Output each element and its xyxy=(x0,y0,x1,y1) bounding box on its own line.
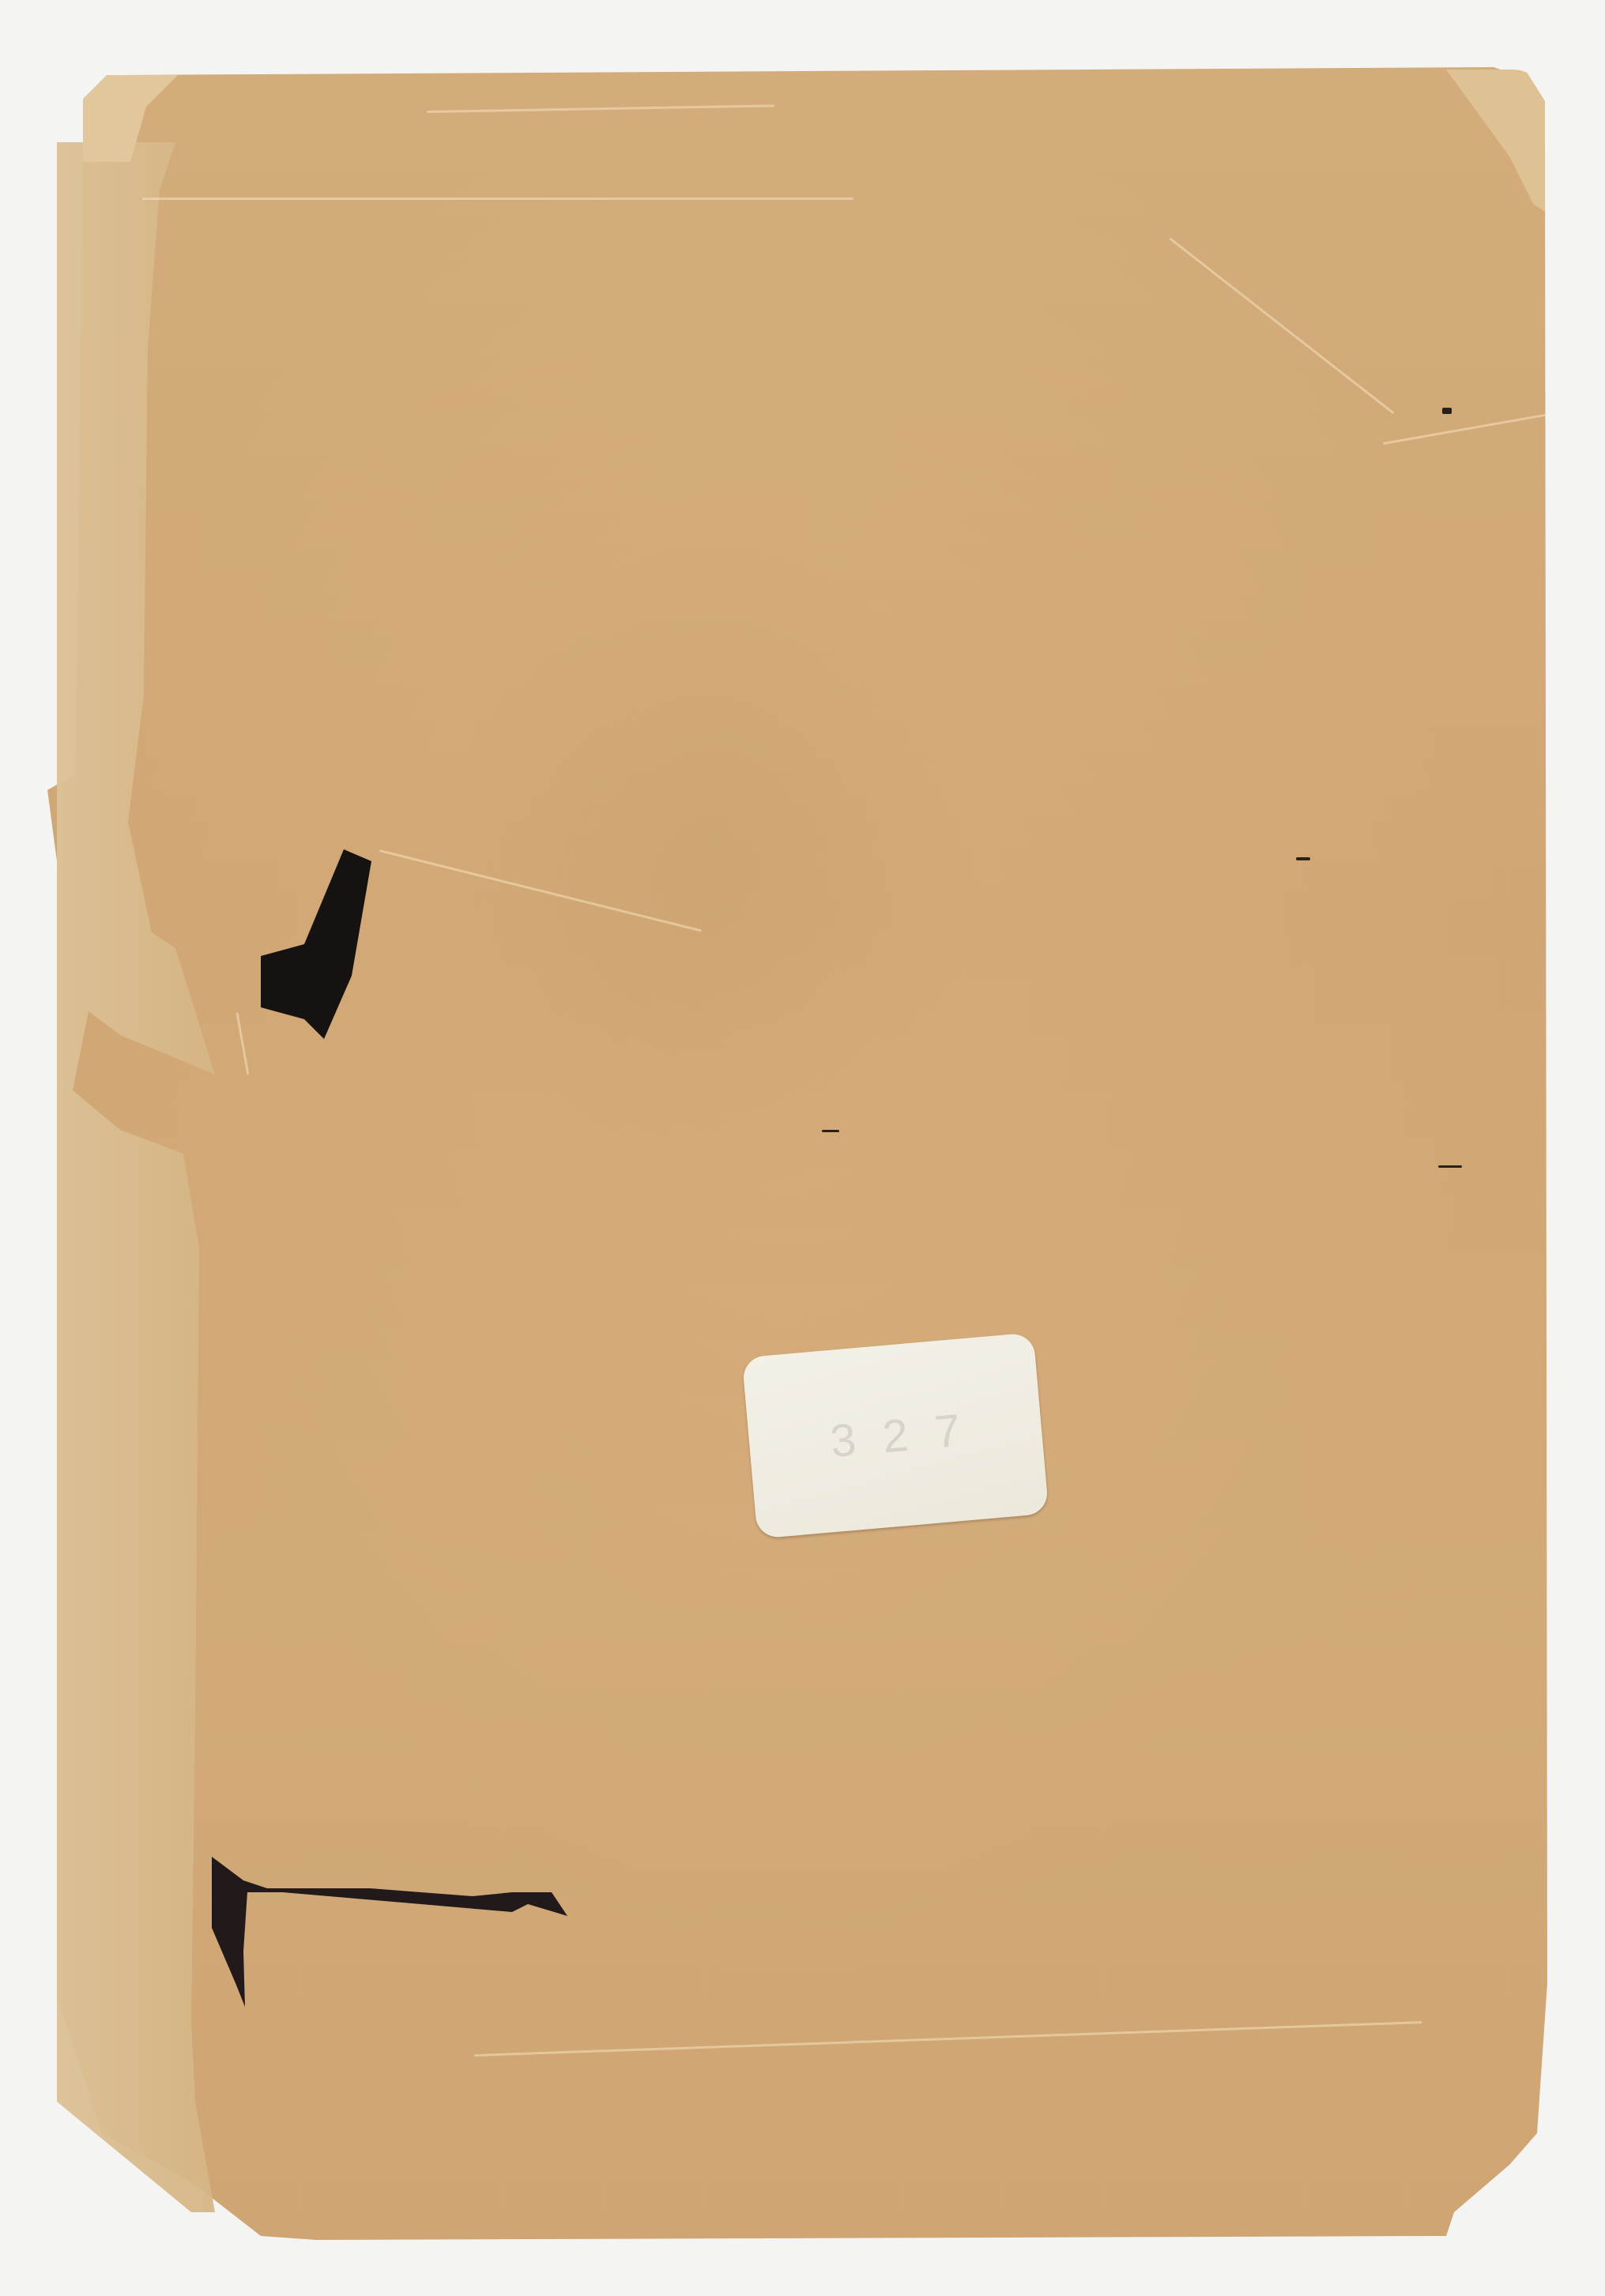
speck xyxy=(822,1130,839,1132)
label-number: 327 xyxy=(801,1401,989,1470)
crease-line xyxy=(142,198,853,200)
speck xyxy=(1442,408,1452,414)
speck xyxy=(1438,1165,1462,1168)
speck xyxy=(1296,857,1310,860)
inventory-label: 327 xyxy=(742,1332,1049,1538)
